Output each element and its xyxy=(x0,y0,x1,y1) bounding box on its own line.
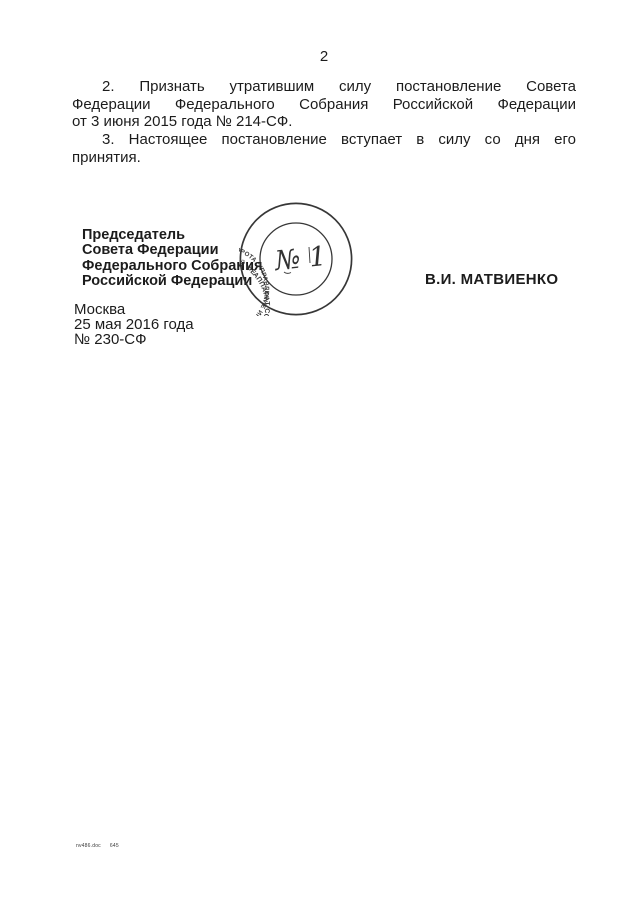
signatory-name: В.И. МАТВИЕНКО xyxy=(425,271,558,288)
issuance-block: Москва 25 мая 2016 года № 230-СФ xyxy=(74,302,194,348)
svg-text:УПРАВЛЕНИЕ ИНФОРМАЦИОННЫХ ТЕХН: УПРАВЛЕНИЕ ИНФОРМАЦИОННЫХ ТЕХНОЛОГИЙ И Д… xyxy=(239,202,270,316)
issuance-city: Москва xyxy=(74,302,194,317)
footer-code: 645 xyxy=(110,843,119,849)
resolution-body: 2. Признать утратившим силу постановлени… xyxy=(72,78,576,167)
page-number: 2 xyxy=(72,48,576,65)
signatory-title-line: Федерального Собрания xyxy=(82,259,262,274)
document-page: 2 2. Признать утратившим силу постановле… xyxy=(0,0,640,905)
stamp-inner-ring-text: УПРАВЛЕНИЕ ИНФОРМАЦИОННЫХ ТЕХНОЛОГИЙ И Д… xyxy=(239,202,270,316)
signatory-title-line: Совета Федерации xyxy=(82,243,262,258)
paragraph-3-line: 3. Настоящее постановление вступает в си… xyxy=(72,131,576,149)
signatory-title: Председатель Совета Федерации Федерально… xyxy=(82,228,262,290)
footer-file-note: nv486.doc645 xyxy=(76,843,119,849)
paragraph-2-line: 2. Признать утратившим силу постановлени… xyxy=(72,78,576,96)
footer-filename: nv486.doc xyxy=(76,843,101,849)
paragraph-3-line: принятия. xyxy=(72,149,576,167)
paragraph-2-line: от 3 июня 2015 года № 214-СФ. xyxy=(72,113,576,131)
issuance-number: № 230-СФ xyxy=(74,332,194,347)
signatory-title-line: Российской Федерации xyxy=(82,274,262,289)
signatory-title-line: Председатель xyxy=(82,228,262,243)
stamp-center-number: № 1 xyxy=(273,241,328,277)
issuance-date: 25 мая 2016 года xyxy=(74,317,194,332)
paragraph-2-line: Федерации Федерального Собрания Российск… xyxy=(72,96,576,114)
official-stamp-icon: АППАРАТ СОВЕТА ФЕДЕРАЦИИ ФЕДЕРАЛЬНОГО СО… xyxy=(239,202,353,316)
